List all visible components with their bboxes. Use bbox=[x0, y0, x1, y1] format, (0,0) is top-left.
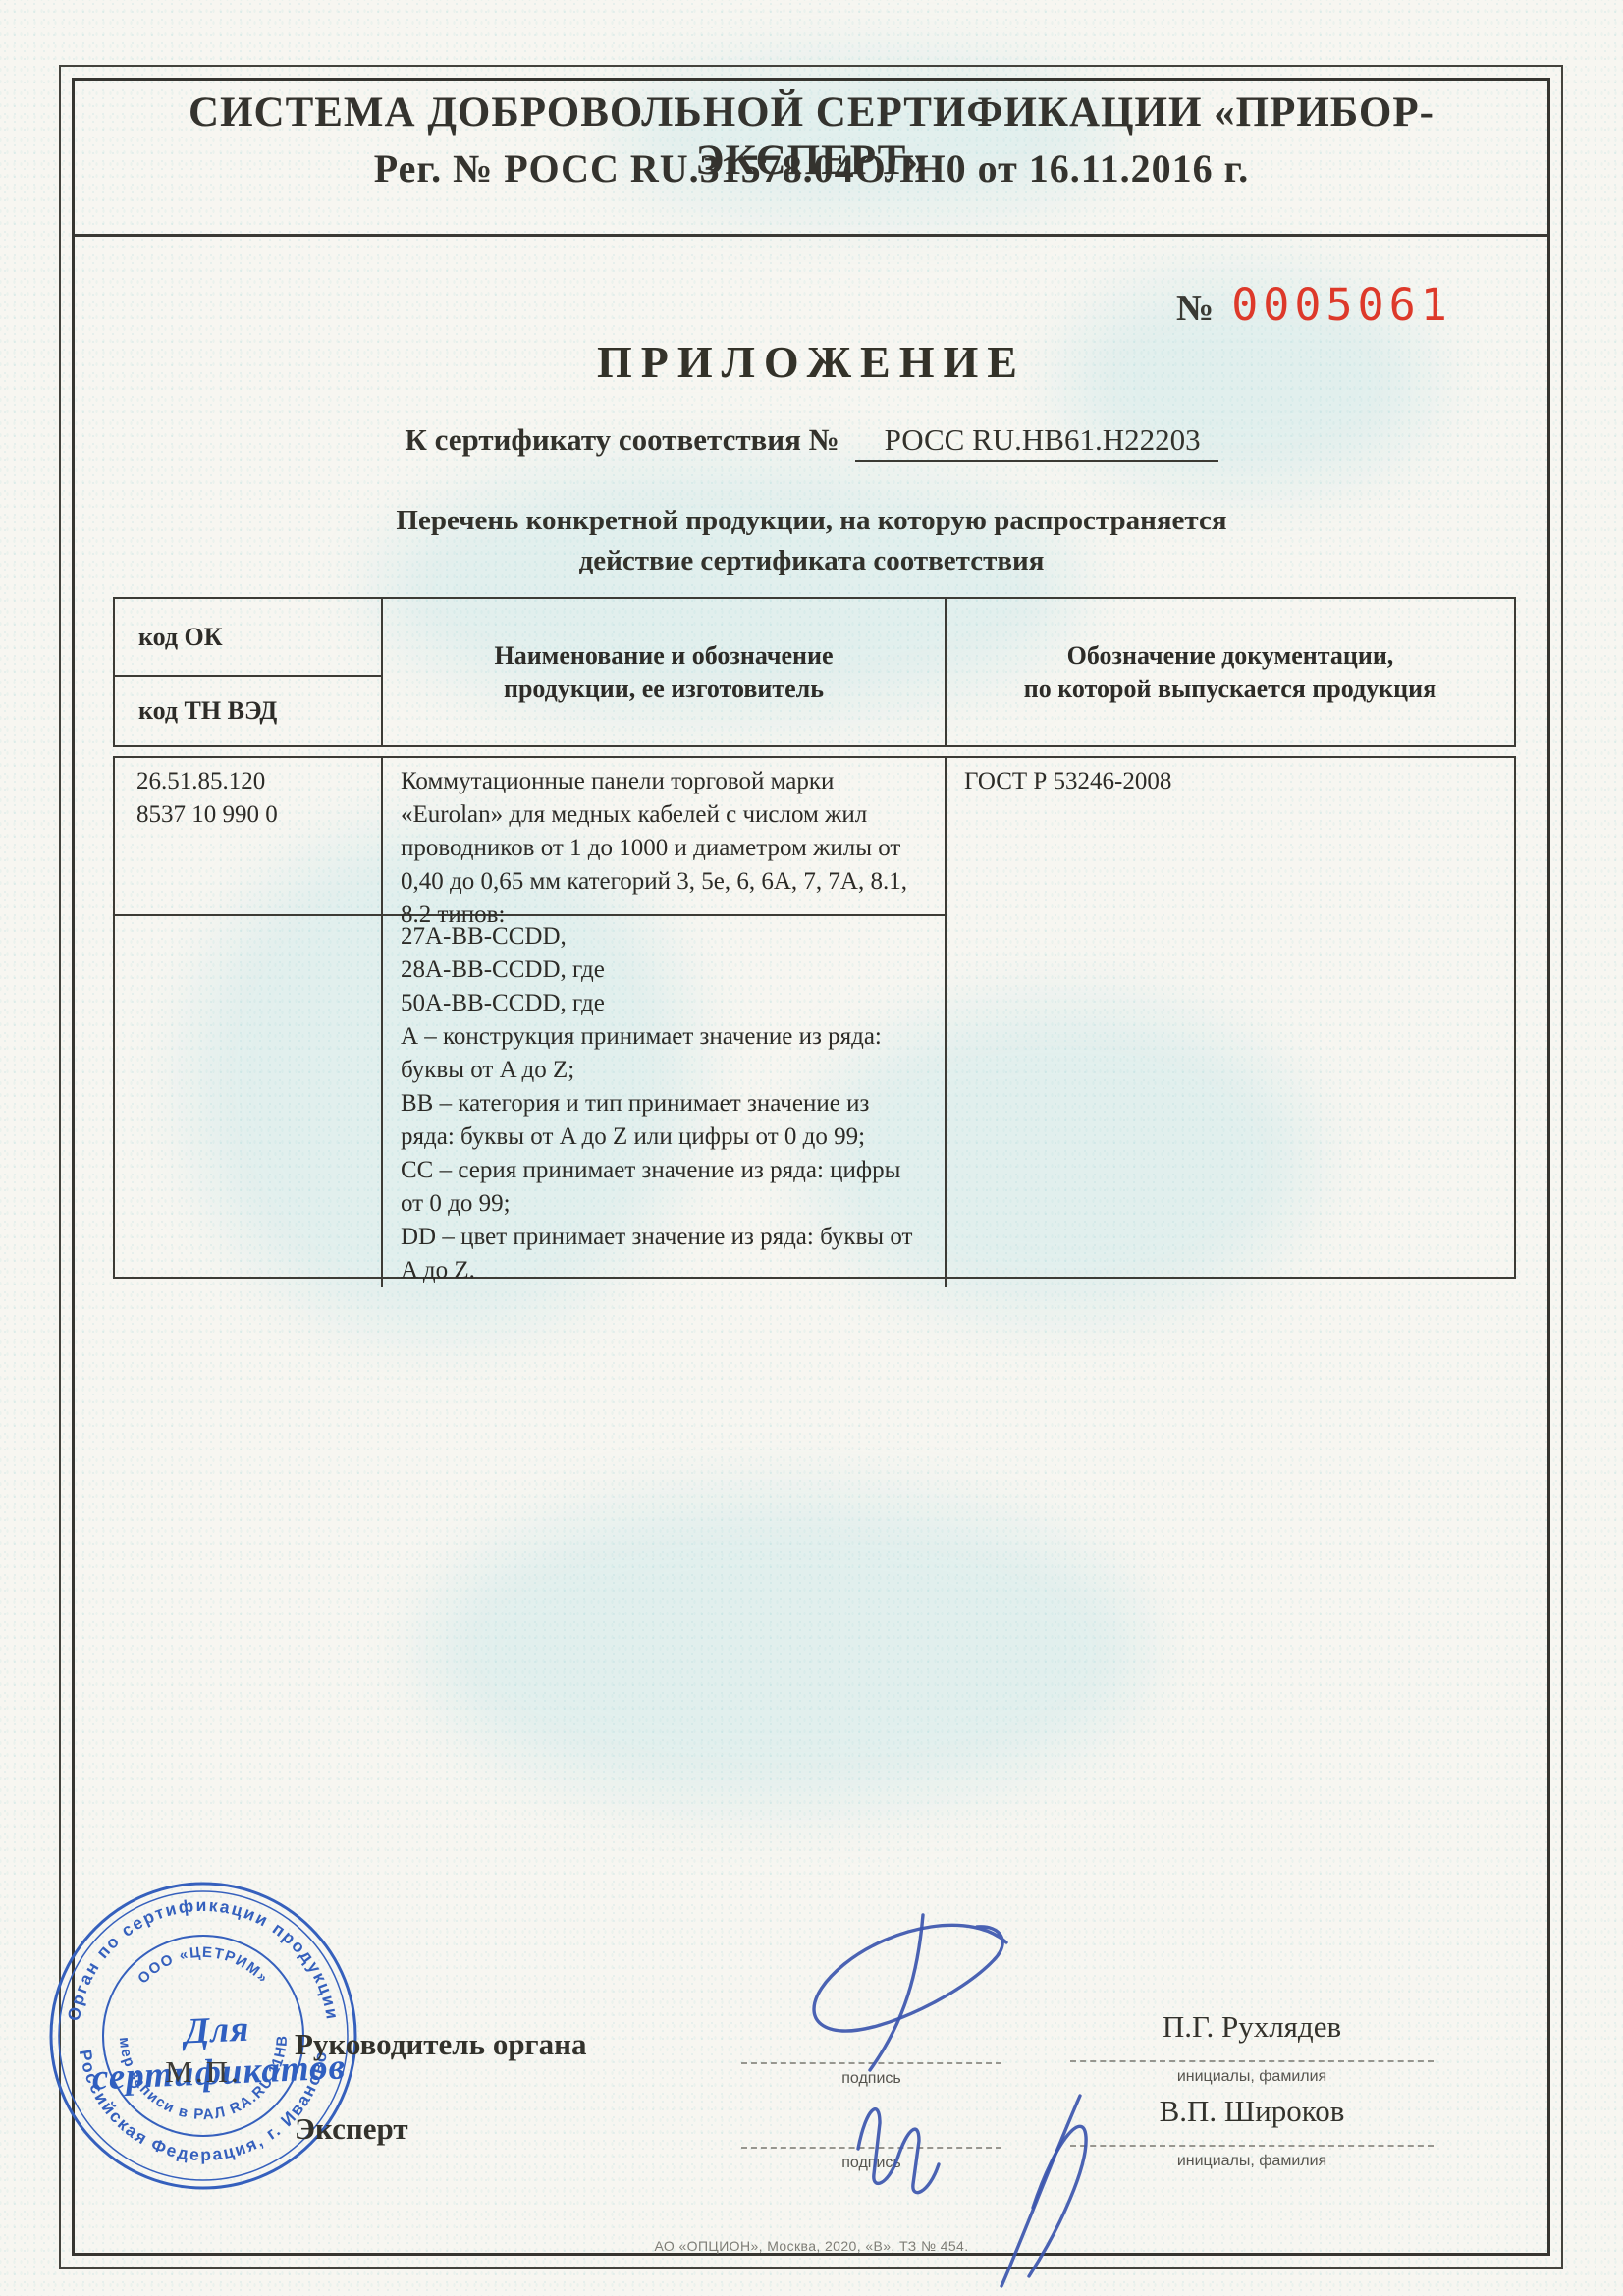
head-of-body-label: Руководитель органа bbox=[295, 2027, 587, 2062]
list-subtitle-line1: Перечень конкретной продукции, на котору… bbox=[0, 501, 1623, 541]
list-subtitle: Перечень конкретной продукции, на котору… bbox=[0, 501, 1623, 581]
certificate-reference-label: К сертификату соответствия № bbox=[405, 422, 839, 457]
page-title: ПРИЛОЖЕНИЕ bbox=[0, 336, 1623, 388]
blank-serial-number: 0005061 bbox=[1231, 279, 1452, 331]
product-table-header: код ОК код ТН ВЭД Наименование и обознач… bbox=[113, 597, 1516, 747]
printing-house-imprint: АО «ОПЦИОН», Москва, 2020, «В», ТЗ № 454… bbox=[0, 2238, 1623, 2254]
document-number: № 0005061 bbox=[1176, 279, 1452, 331]
head-name-line bbox=[1070, 2060, 1434, 2062]
product-table-body: 26.51.85.120 8537 10 990 0 Коммутационны… bbox=[113, 756, 1516, 1279]
expert-handwritten-signature bbox=[837, 2090, 1143, 2291]
header-code-tnved: код ТН ВЭД bbox=[115, 677, 381, 745]
table-row-product-description: Коммутационные панели торговой марки «Eu… bbox=[383, 758, 947, 916]
table-row-type-designations: 27A-BB-CCDD, 28A-BB-CCDD, где 50A-BB-CCD… bbox=[383, 916, 947, 1287]
head-name: П.Г. Рухлядев bbox=[1070, 2009, 1434, 2045]
list-subtitle-line2: действие сертификата соответствия bbox=[0, 541, 1623, 581]
certificate-reference: К сертификату соответствия № РОСС RU.НВ6… bbox=[0, 422, 1623, 458]
system-reg-number: Рег. № РОСС RU.31578.04ОЛН0 от 16.11.201… bbox=[93, 145, 1530, 191]
header-documentation: Обозначение документации, по которой вып… bbox=[947, 599, 1514, 745]
certificate-number: РОСС RU.НВ61.Н22203 bbox=[855, 422, 1218, 462]
expert-label: Эксперт bbox=[295, 2111, 408, 2147]
number-sign: № bbox=[1176, 287, 1214, 330]
head-name-caption: инициалы, фамилия bbox=[1070, 2068, 1434, 2086]
head-handwritten-signature bbox=[776, 1903, 1051, 2085]
header-product-name: Наименование и обозначение продукции, ее… bbox=[383, 599, 947, 745]
table-row-codes: 26.51.85.120 8537 10 990 0 bbox=[115, 758, 383, 916]
table-row-codes-empty bbox=[115, 916, 383, 1287]
header-code-column: код ОК код ТН ВЭД bbox=[115, 599, 383, 745]
header-divider bbox=[75, 234, 1547, 237]
table-row-standard: ГОСТ Р 53246-2008 bbox=[947, 758, 1514, 1287]
certificate-appendix-page: СИСТЕМА ДОБРОВОЛЬНОЙ СЕРТИФИКАЦИИ «ПРИБО… bbox=[0, 0, 1623, 2296]
header-code-ok: код ОК bbox=[115, 599, 381, 677]
stamp-org-text: ООО «ЦЕТРИМ» bbox=[135, 1944, 272, 1988]
